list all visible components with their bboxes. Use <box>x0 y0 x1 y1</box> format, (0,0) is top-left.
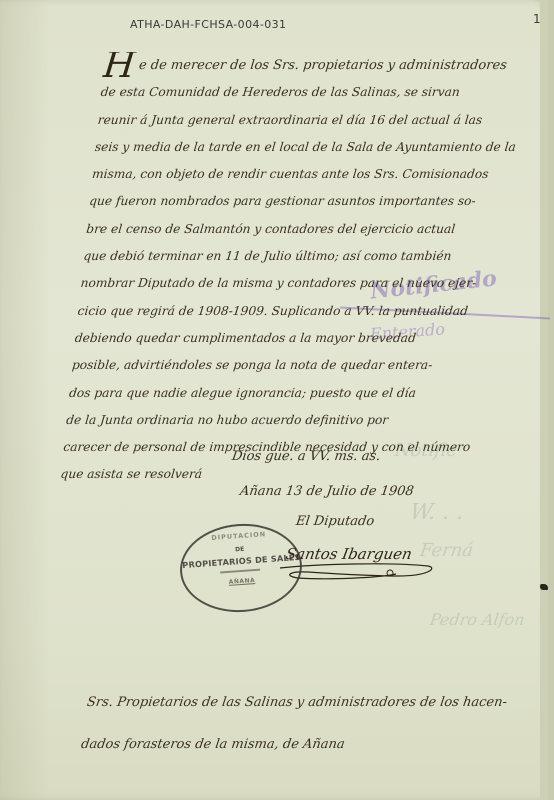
bleed-through-text: Ferná <box>419 540 475 561</box>
signatory-role: El Diputado <box>295 514 375 529</box>
stamp-line-1: DIPUTACION <box>180 528 298 544</box>
letter-body: He de merecer de los Srs. propietarios y… <box>59 52 554 489</box>
body-line: nombrar Diputado de la misma y contadore… <box>79 270 542 297</box>
body-line: seis y media de la tarde en el local de … <box>93 134 554 161</box>
body-line: dos para que nadie alegue ignorancia; pu… <box>68 380 531 407</box>
closing-formula: Dios gue. a VV. ms. as. <box>231 449 381 464</box>
drop-cap: H <box>102 52 137 79</box>
bleed-through-text: Pedro Alfon <box>429 610 526 629</box>
official-seal-stamp: DIPUTACION DE PROPIETARIOS DE SALES AÑAN… <box>177 520 305 616</box>
folio-number: 1 <box>533 12 541 26</box>
body-line: posible, advirtiéndoles se ponga la nota… <box>71 352 534 379</box>
body-line: He de merecer de los Srs. propietarios y… <box>102 52 554 79</box>
body-line: que fueron nombrados para gestionar asun… <box>88 188 551 215</box>
body-line: de la Junta ordinaria no hubo acuerdo de… <box>65 407 528 434</box>
body-line: reunir á Junta general extraordinaria el… <box>96 107 554 134</box>
ink-blot <box>540 584 548 590</box>
archive-reference: ATHA-DAH-FCHSA-004-031 <box>130 18 286 31</box>
addressee-block: Srs. Propietarios de las Salinas y admin… <box>78 682 550 766</box>
addressee-line: Srs. Propietarios de las Salinas y admin… <box>84 682 550 724</box>
body-line: debiendo quedar cumplimentados a la mayo… <box>73 325 536 352</box>
body-line: de esta Comunidad de Herederos de las Sa… <box>99 79 554 106</box>
body-line: misma, con objeto de rendir cuentas ante… <box>91 161 554 188</box>
document-page: ATHA-DAH-FCHSA-004-031 1 Notificado Ente… <box>0 0 548 800</box>
signature-flourish-icon <box>278 560 438 582</box>
bleed-through-text: W. . . <box>408 500 465 525</box>
stamp-divider <box>220 569 260 574</box>
body-line: cicio que regirá de 1908-1909. Suplicand… <box>76 298 539 325</box>
body-line: que debió terminar en 11 de Julio último… <box>82 243 545 270</box>
body-line: bre el censo de Salmantón y contadores d… <box>85 216 548 243</box>
addressee-line: dados forasteros de la misma, de Añana <box>78 724 544 766</box>
stamp-line-4: AÑANA <box>183 574 301 589</box>
place-and-date: Añana 13 de Julio de 1908 <box>239 484 415 499</box>
